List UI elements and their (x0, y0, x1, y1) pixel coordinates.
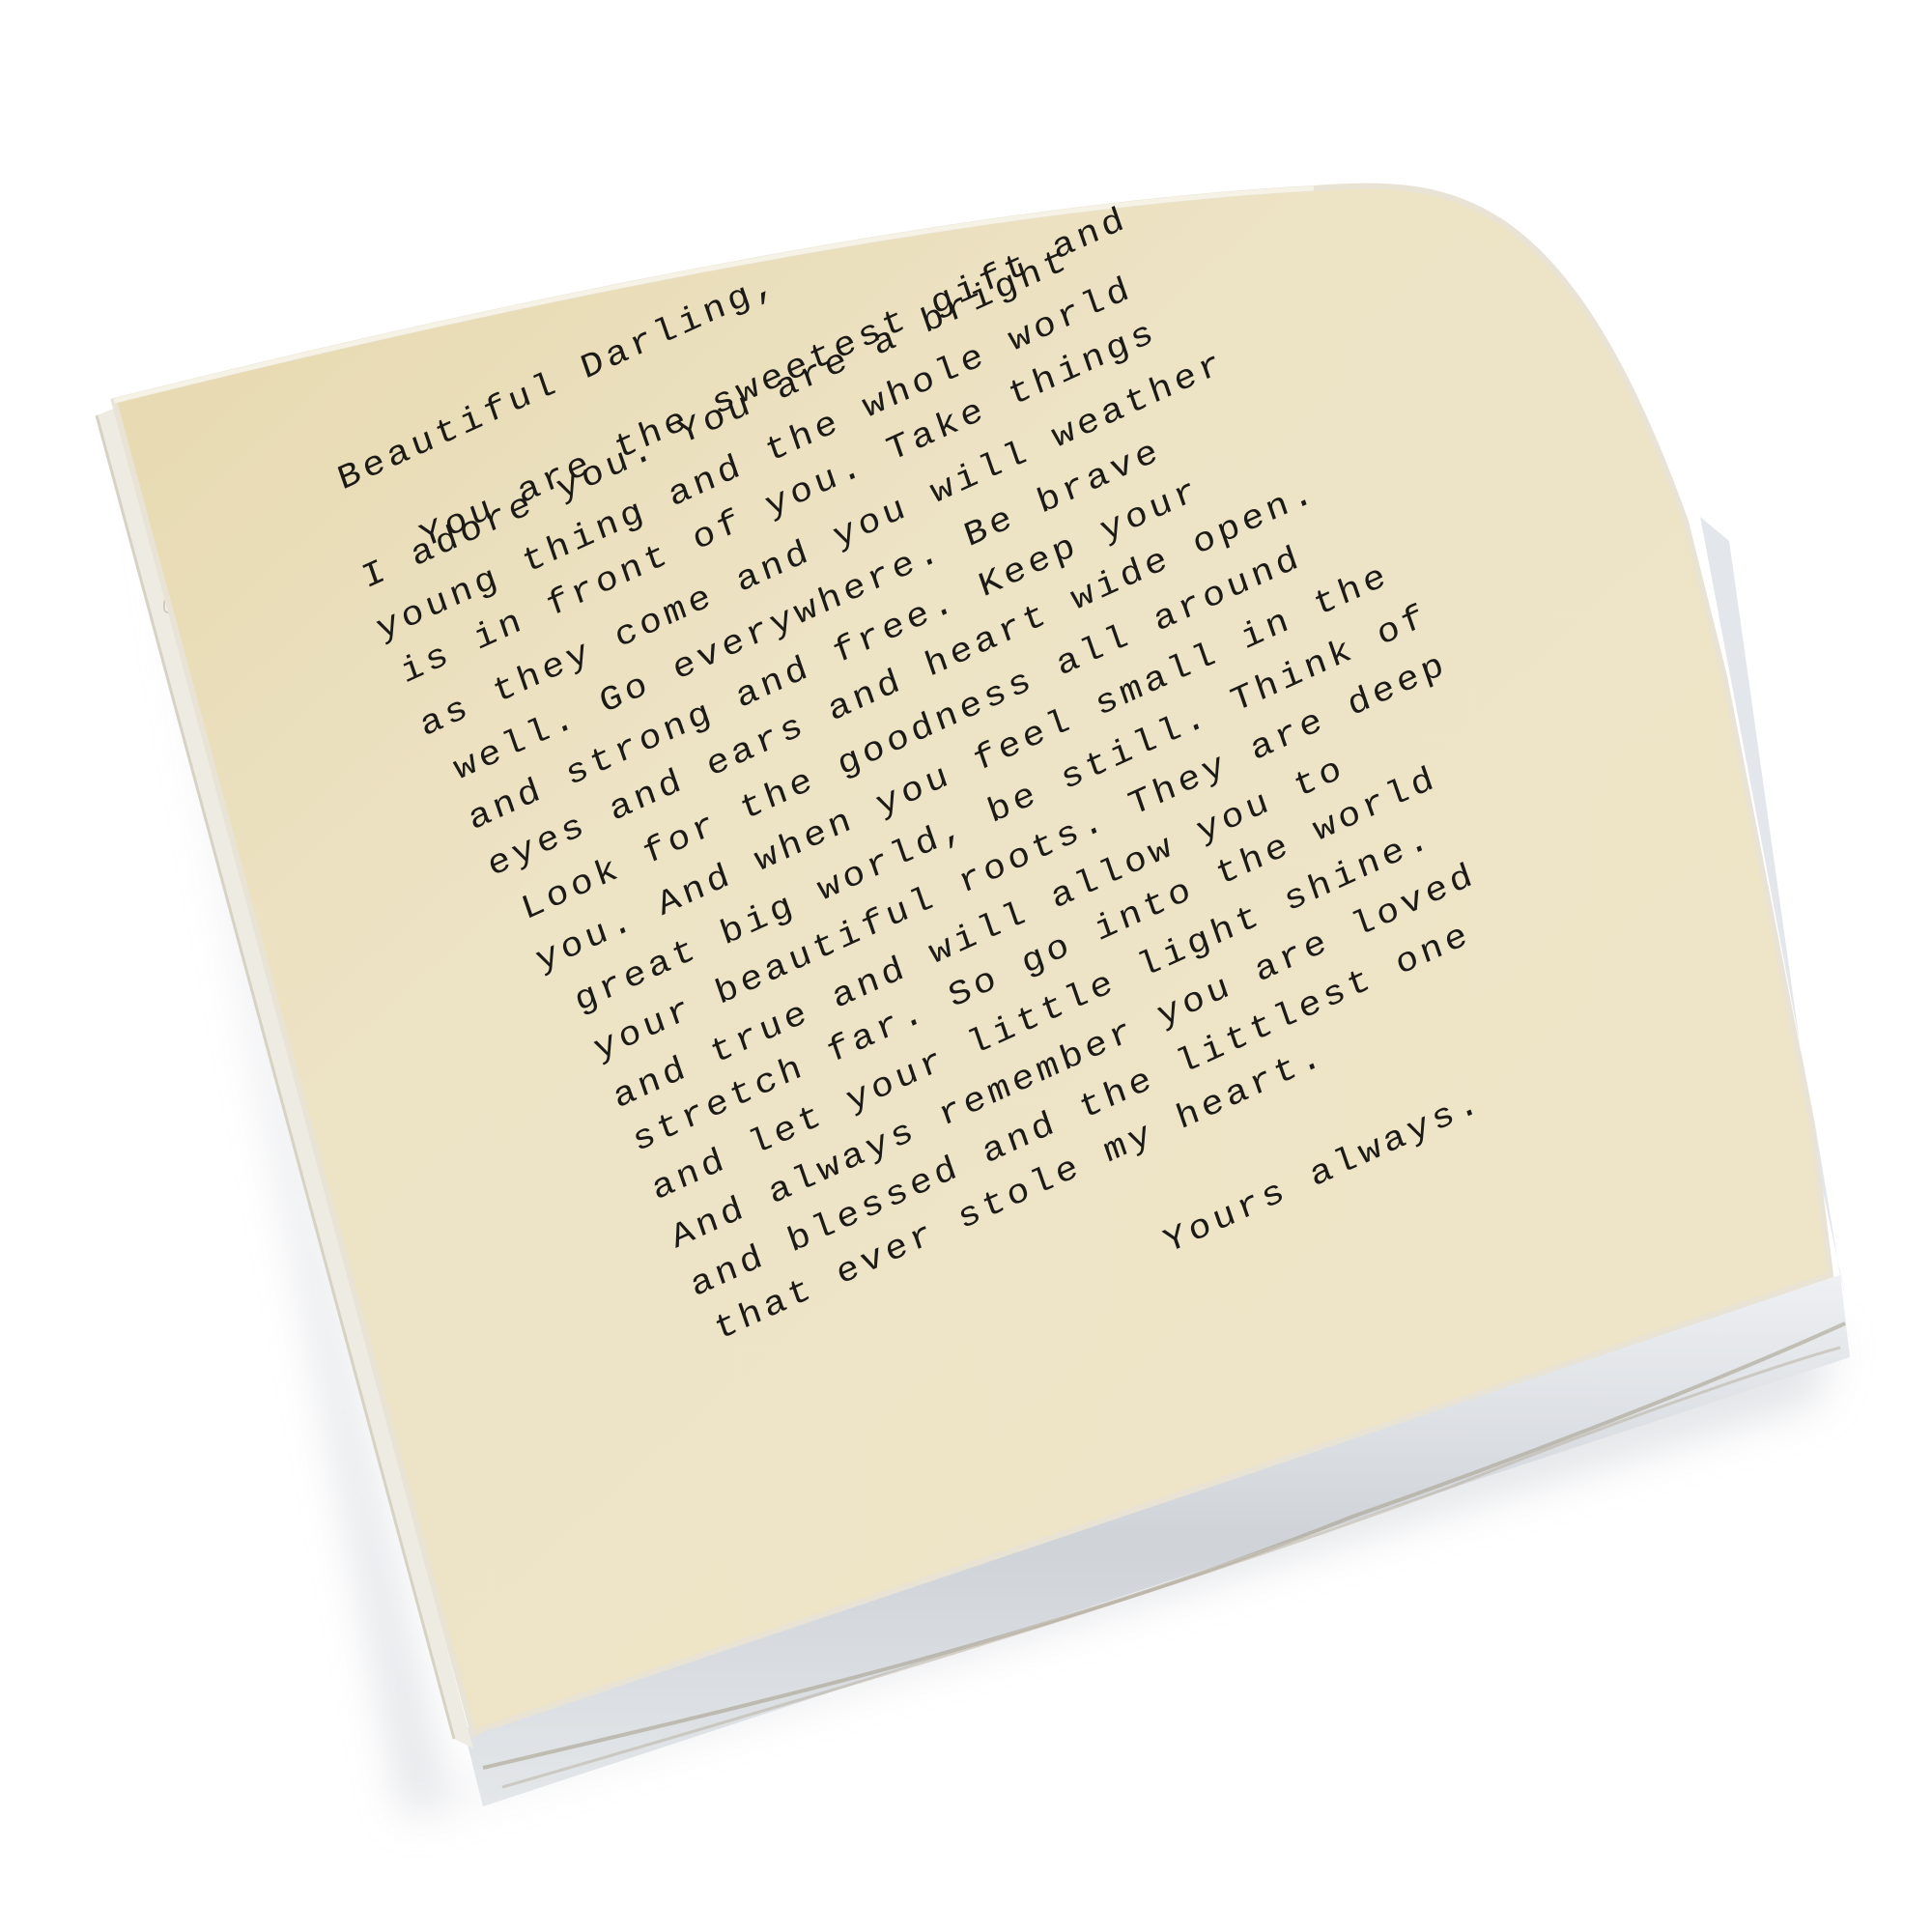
notebook-photo (0, 0, 1932, 1932)
